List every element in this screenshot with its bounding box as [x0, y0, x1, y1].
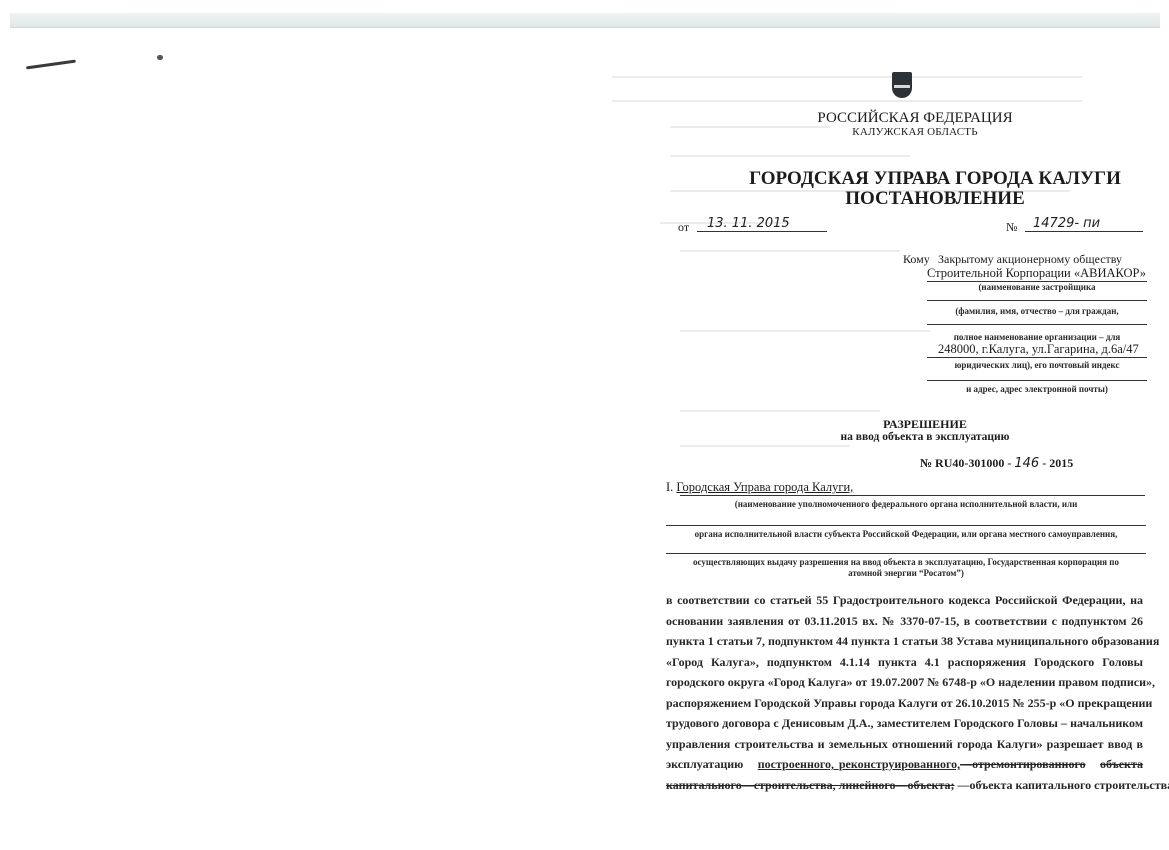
body-line: «Город Калуга», подпунктом 4.1.14 пункта…	[666, 652, 1143, 673]
pen-mark	[26, 60, 76, 70]
permit-number: № RU40-301000 - 146 - 2015	[920, 456, 1073, 471]
permit-title: РАЗРЕШЕНИЕ	[800, 417, 1050, 432]
address-underline	[927, 357, 1147, 358]
body-line: городского округа «Город Калуга» от 19.0…	[666, 672, 1143, 693]
kaluga-coat-of-arms-icon	[892, 72, 912, 98]
body-line: пункта 1 статьи 7, подпунктом 44 пункта …	[666, 631, 1143, 652]
scan-speck	[157, 55, 163, 60]
section-1-authority: I. Городская Управа города Калуги,	[666, 480, 853, 495]
body-line: управления строительства и земельных отн…	[666, 734, 1143, 755]
body-fragment: —объекта капитального строительства,	[958, 778, 1169, 792]
decree-date-handwritten: 13. 11. 2015	[697, 216, 827, 232]
caption-developer: (наименование застройщика	[927, 282, 1147, 292]
recipient-name-line1: Закрытому акционерному обществу	[938, 252, 1122, 267]
region-heading: КАЛУЖСКАЯ ОБЛАСТЬ	[815, 126, 1015, 138]
number-label: №	[1006, 220, 1017, 235]
recipient-address: 248000, г.Калуга, ул.Гагарина, д.6а/47	[938, 342, 1139, 357]
caption-authority-3b: атомной энергии “Росатом”)	[666, 568, 1146, 578]
permit-subtitle: на ввод объекта в эксплуатацию	[775, 431, 1075, 443]
caption-fio: (фамилия, имя, отчество – для граждан,	[927, 306, 1147, 316]
caption-org-full: полное наименование организации – для	[927, 332, 1147, 342]
body-struck-fragment: —отремонтированного	[960, 757, 1085, 771]
permit-body-text: в соответствии со статьей 55 Градостроит…	[666, 590, 1143, 795]
permit-number-suffix: - 2015	[1042, 456, 1073, 470]
date-label: от	[678, 220, 689, 235]
blank-line	[927, 324, 1147, 325]
body-line: трудового договора с Денисовым Д.А., зам…	[666, 713, 1143, 734]
body-line: основании заявления от 03.11.2015 вх. № …	[666, 611, 1143, 632]
authority-underline	[680, 495, 1145, 496]
country-heading: РОССИЙСКАЯ ФЕДЕРАЦИЯ	[815, 110, 1015, 127]
caption-authority-3a: осуществляющих выдачу разрешения на ввод…	[666, 557, 1146, 567]
permit-number-handwritten: 146	[1014, 456, 1039, 471]
document-type-title: ПОСТАНОВЛЕНИЕ	[720, 188, 1150, 210]
blank-line	[666, 525, 1146, 526]
caption-authority-2: органа исполнительной власти субъекта Ро…	[666, 529, 1146, 539]
recipient-label: Кому	[903, 252, 930, 267]
authority-title: ГОРОДСКАЯ УПРАВА ГОРОДА КАЛУГИ	[720, 168, 1150, 190]
caption-email: и адрес, адрес электронной почты)	[927, 384, 1147, 394]
blank-line	[927, 380, 1147, 381]
body-line: капитального—строительства, линейного—об…	[666, 775, 1143, 796]
section-1-prefix: I.	[666, 480, 673, 494]
recipient-name-line2: Строительной Корпорации «АВИАКОР»	[927, 266, 1147, 282]
body-line: эксплуатацию построенного, реконструиров…	[666, 754, 1143, 775]
body-line: в соответствии со статьей 55 Градостроит…	[666, 590, 1143, 611]
body-struck-fragment: объекта	[1100, 757, 1143, 771]
scan-edge-band	[10, 13, 1160, 28]
blank-line	[666, 553, 1146, 554]
decree-number-handwritten: 14729- пи	[1025, 216, 1143, 232]
permit-number-prefix: № RU40-301000 -	[920, 456, 1011, 470]
caption-authority-1: (наименование уполномоченного федерально…	[666, 499, 1146, 509]
body-fragment: эксплуатацию	[666, 757, 743, 771]
caption-legal: юридических лиц), его почтовый индекс	[927, 360, 1147, 370]
body-struck-fragment: капитального—строительства, линейного—об…	[666, 778, 955, 792]
issuing-authority: Городская Управа города Калуги,	[676, 480, 853, 494]
document-page: РОССИЙСКАЯ ФЕДЕРАЦИЯ КАЛУЖСКАЯ ОБЛАСТЬ Г…	[600, 60, 1160, 840]
body-underlined-fragment: построенного, реконструированного,	[758, 757, 960, 771]
body-line: распоряжением Городской Управы города Ка…	[666, 693, 1143, 714]
blank-line	[927, 300, 1147, 301]
